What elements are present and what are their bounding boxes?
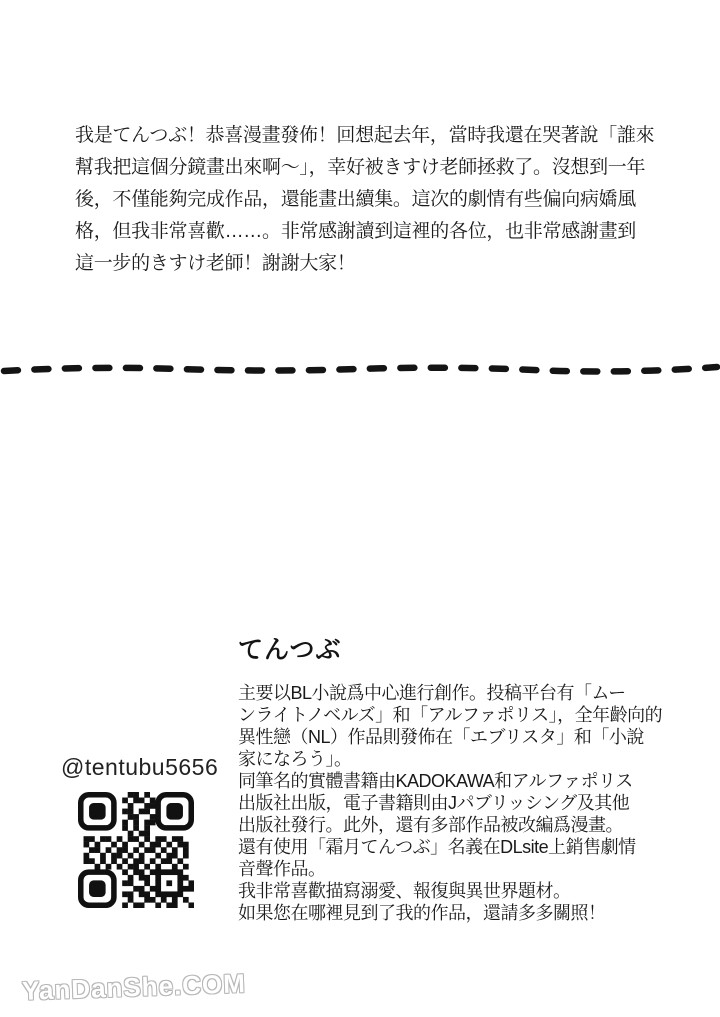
twitter-handle: @tentubu5656 — [61, 754, 218, 781]
author-bio: 主要以BL小說爲中心進行創作。投稿平台有「ムー ンライトノベルズ」和「アルファポ… — [238, 682, 668, 924]
site-watermark: YanDanShe.COM — [22, 968, 247, 1007]
afterword-page: 我是てんつぶ！恭喜漫畫發佈！回想起去年，當時我還在哭著說「誰來 幫我把這個分鏡畫… — [0, 0, 720, 1017]
qr-code-icon — [78, 792, 194, 908]
author-name: てんつぶ — [238, 634, 342, 666]
hand-drawn-dashed-divider — [0, 355, 720, 385]
afterword-paragraph: 我是てんつぶ！恭喜漫畫發佈！回想起去年，當時我還在哭著說「誰來 幫我把這個分鏡畫… — [75, 120, 675, 280]
